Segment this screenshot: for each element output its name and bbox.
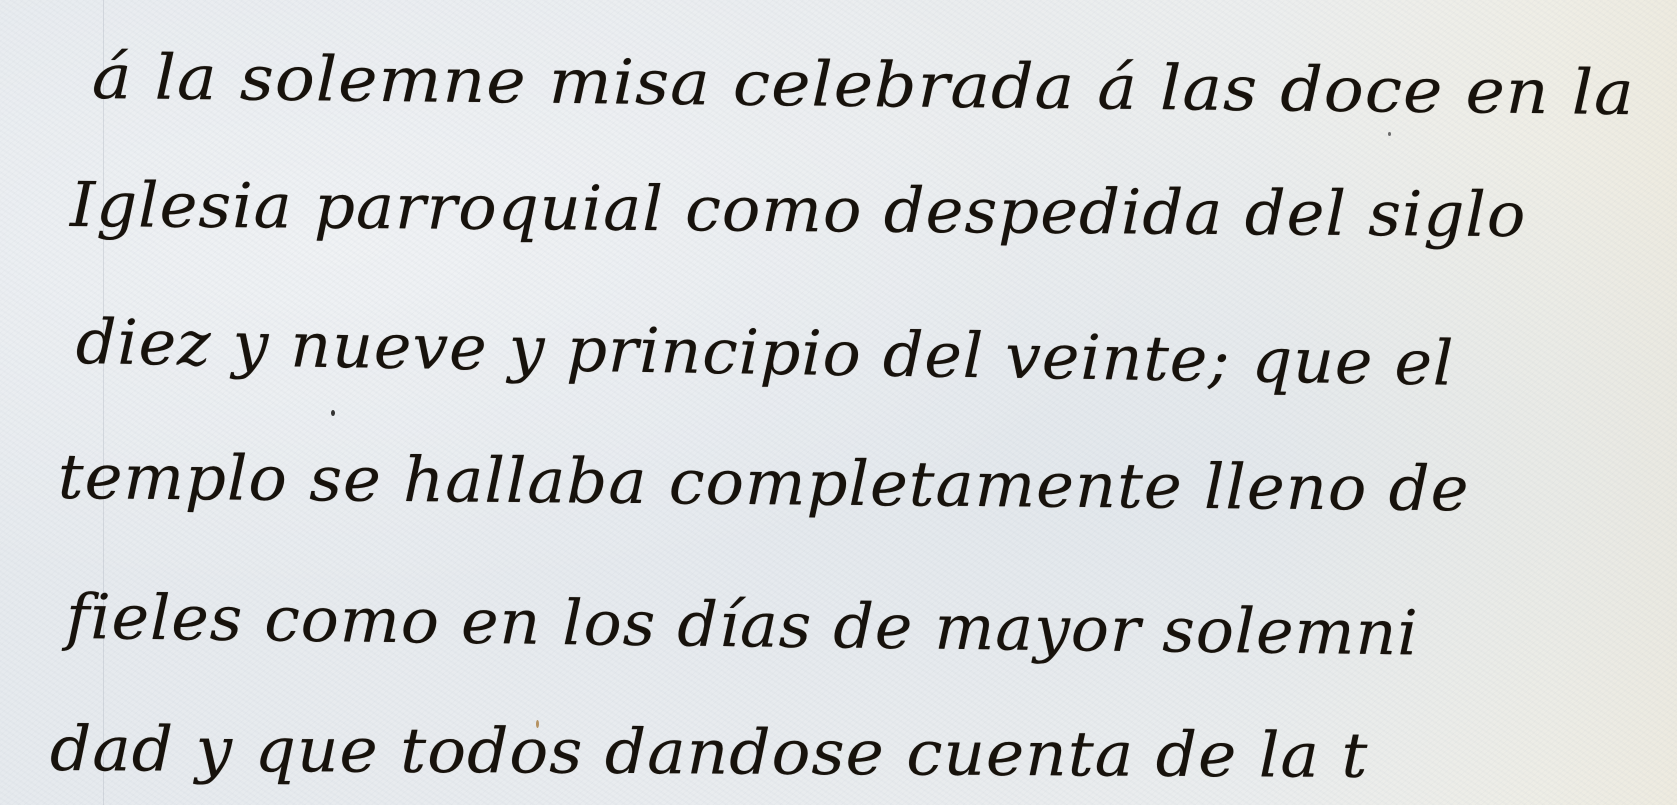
manuscript-line-6: dad y que todos dandose cuenta de la t — [50, 712, 1369, 792]
manuscript-line-2: Iglesia parroquial como despedida del si… — [70, 168, 1527, 251]
manuscript-line-5: fieles como en los días de mayor solemni — [66, 580, 1419, 670]
manuscript-line-4: templo se hallaba completamente lleno de — [58, 440, 1470, 525]
manuscript-line-3: diez y nueve y principio del veinte; que… — [75, 305, 1454, 400]
manuscript-page: á la solemne misa celebrada á las doce e… — [0, 0, 1677, 805]
manuscript-line-1: á la solemne misa celebrada á las doce e… — [92, 40, 1636, 129]
